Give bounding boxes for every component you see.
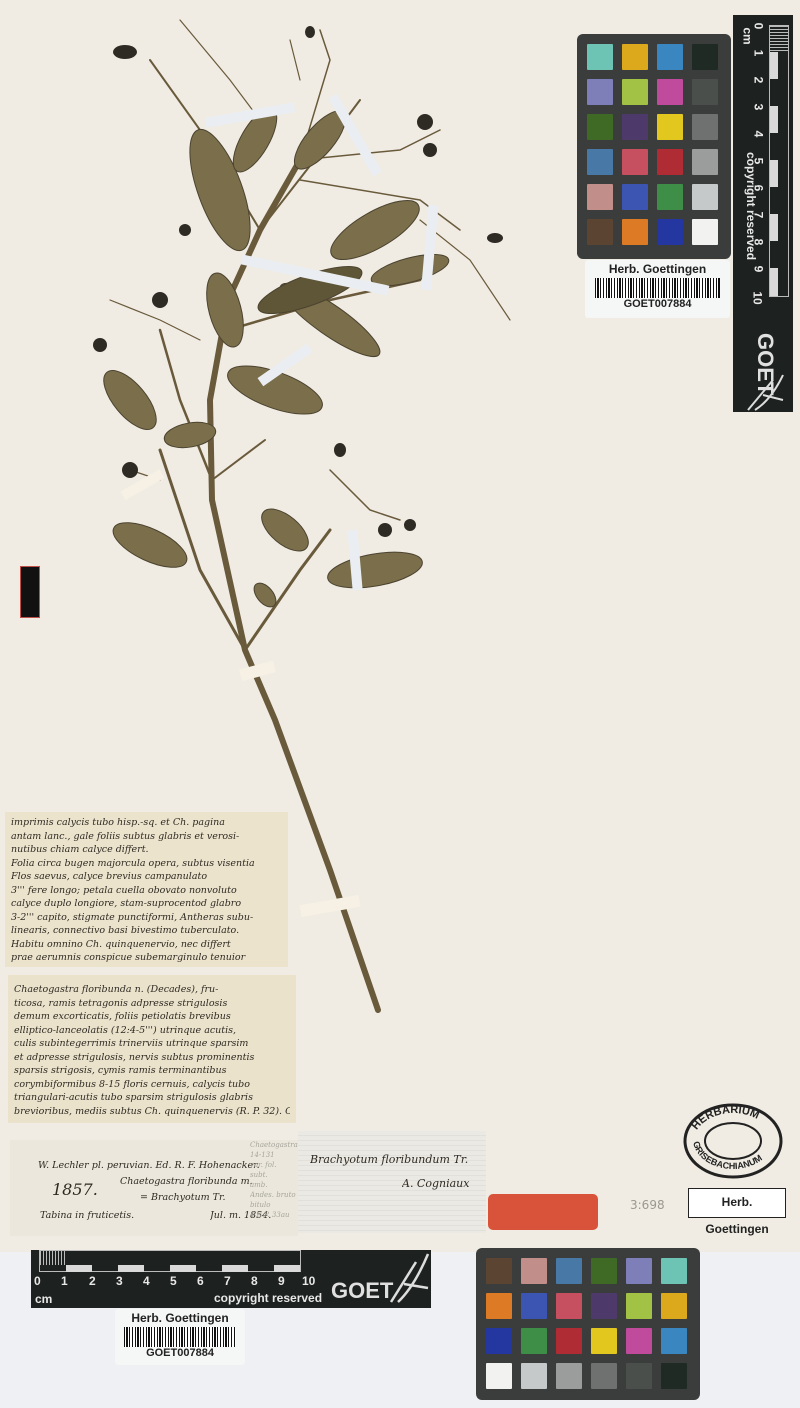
institution-label: Herb. Goettingen xyxy=(688,1188,786,1218)
color-patch xyxy=(657,219,683,245)
color-patch xyxy=(591,1363,617,1389)
vertical-scale-ruler: cm 0 1 2 3 4 5 6 7 8 9 10 copyright rese… xyxy=(733,15,793,412)
horizontal-scale-ruler: 0 1 2 3 4 5 6 7 8 9 10 cm copyright rese… xyxy=(31,1250,431,1308)
pencil-note: 4 R.P. 33au xyxy=(250,1210,298,1220)
description-label-2: Chaetogastra floribunda n. (Decades), fr… xyxy=(8,975,296,1123)
color-patch xyxy=(521,1293,547,1319)
label-line: Folia circa bugen majorcula opera, subtu… xyxy=(11,857,282,871)
label-line: et adpresse strigulosis, nervis subtus p… xyxy=(14,1051,290,1065)
stamp-oval-icon: HERBARIUM GRISEBACHIANUM xyxy=(683,1103,783,1179)
label-line: Habitu omnino Ch. quinquenervio, nec dif… xyxy=(11,938,282,952)
label-line: sparsis strigosis, cymis ramis terminant… xyxy=(14,1064,290,1078)
barcode-bars xyxy=(595,278,720,298)
ruler-number: 1 xyxy=(751,50,765,57)
color-patch xyxy=(657,184,683,210)
color-checker-bottom xyxy=(476,1248,700,1400)
label-line: 3-2''' capito, stigmate punctiformi, Ant… xyxy=(11,911,282,925)
label-line: triangulari-acutis tubo sparsim strigulo… xyxy=(14,1091,290,1105)
color-patch xyxy=(486,1258,512,1284)
svg-text:GRISEBACHIANUM: GRISEBACHIANUM xyxy=(691,1140,764,1171)
label-line: demum excorticatis, foliis petiolatis br… xyxy=(14,1010,290,1024)
color-patch xyxy=(692,149,718,175)
label-line: Chaetogastra floribunda n. (Decades), fr… xyxy=(14,983,290,997)
barcode-label-bottom: Herb. Goettingen GOET007884 xyxy=(115,1309,245,1365)
ruler-number: 8 xyxy=(251,1274,258,1288)
pencil-note: 14-131 xyxy=(250,1150,298,1160)
color-patch xyxy=(587,79,613,105)
label-line: ticosa, ramis tetragonis adpresse strigu… xyxy=(14,997,290,1011)
color-patch xyxy=(626,1328,652,1354)
barcode-code: GOET007884 xyxy=(115,1347,245,1359)
ruler-number: 3 xyxy=(116,1274,123,1288)
barcode-label-top: Herb. Goettingen GOET007884 xyxy=(585,260,730,318)
color-patch xyxy=(587,149,613,175)
pencil-note: Chaetogastra xyxy=(250,1140,298,1150)
color-patch xyxy=(622,114,648,140)
herbarium-sheet: Herb. Goettingen GOET007884 cm 0 1 2 3 4… xyxy=(0,0,800,1252)
ruler-ticks xyxy=(769,25,789,297)
color-patch xyxy=(692,219,718,245)
color-patch xyxy=(692,184,718,210)
color-patch xyxy=(626,1258,652,1284)
determiner: A. Cogniaux xyxy=(402,1177,469,1190)
ruler-number: 3 xyxy=(751,104,765,111)
copyright-text: copyright reserved xyxy=(744,152,758,292)
color-patch xyxy=(521,1363,547,1389)
barcode-title: Herb. Goettingen xyxy=(585,260,730,276)
color-patch xyxy=(622,184,648,210)
color-patch xyxy=(692,114,718,140)
pencil-note: bitulo xyxy=(250,1200,298,1210)
color-patch xyxy=(622,219,648,245)
determined-name: Brachyotum floribundum Tr. xyxy=(310,1153,468,1166)
collection-number: 1857. xyxy=(52,1180,98,1199)
color-patch xyxy=(692,44,718,70)
accession-number: 3:698 xyxy=(630,1198,665,1212)
color-patch xyxy=(591,1328,617,1354)
color-patch xyxy=(657,79,683,105)
determination-label: Brachyotum floribundum Tr. A. Cogniaux xyxy=(298,1131,486,1233)
label-line: calyce duplo longiore, stam-suprocentod … xyxy=(11,897,282,911)
ruler-number: 5 xyxy=(170,1274,177,1288)
ruler-number: 10 xyxy=(751,291,765,304)
color-patch xyxy=(657,114,683,140)
goet-logo-icon xyxy=(386,1252,431,1306)
color-patch xyxy=(521,1328,547,1354)
barcode-bars xyxy=(124,1327,236,1347)
color-patch xyxy=(591,1293,617,1319)
color-patch xyxy=(587,184,613,210)
barcode-code: GOET007884 xyxy=(585,298,730,310)
color-patch xyxy=(521,1258,547,1284)
color-patch xyxy=(692,79,718,105)
label-line: Flos saevus, calyce brevius campanulato xyxy=(11,870,282,884)
ruler-number: 2 xyxy=(89,1274,96,1288)
ruler-unit: cm xyxy=(741,27,755,44)
label-line: linearis, connectivo basi bivestimo tube… xyxy=(11,924,282,938)
ruler-number: 9 xyxy=(278,1274,285,1288)
ruler-number: 10 xyxy=(302,1274,315,1288)
color-patch xyxy=(626,1293,652,1319)
ruler-number: 7 xyxy=(224,1274,231,1288)
color-patch xyxy=(486,1328,512,1354)
color-patch xyxy=(657,44,683,70)
label-line: corymbiformibus 8-15 floris cernuis, cal… xyxy=(14,1078,290,1092)
color-patch xyxy=(661,1363,687,1389)
ruler-number: 1 xyxy=(61,1274,68,1288)
color-patch xyxy=(587,114,613,140)
collection-label: W. Lechler pl. peruvian. Ed. R. F. Hohen… xyxy=(10,1140,298,1236)
label-line: imprimis calycis tubo hisp.-sq. et Ch. p… xyxy=(11,816,282,830)
color-patch xyxy=(622,79,648,105)
pencil-note: var. fol. xyxy=(250,1160,298,1170)
color-patch xyxy=(556,1363,582,1389)
label-line: prae aerumnis conspicue subemarginulo te… xyxy=(11,951,282,965)
taxon-synonym: = Brachyotum Tr. xyxy=(140,1192,226,1203)
ruler-number: 0 xyxy=(751,23,765,30)
color-patch xyxy=(591,1258,617,1284)
color-patch xyxy=(657,149,683,175)
ruler-number: 4 xyxy=(751,131,765,138)
color-patch xyxy=(556,1293,582,1319)
goet-logo: GOET xyxy=(331,1278,393,1304)
red-tag xyxy=(488,1194,598,1230)
label-line: elliptico-lanceolatis (12:4-5''') utrinq… xyxy=(14,1024,290,1038)
color-patch xyxy=(587,219,613,245)
color-patch xyxy=(622,149,648,175)
ruler-unit: cm xyxy=(35,1292,52,1306)
description-label-1: imprimis calycis tubo hisp.-sq. et Ch. p… xyxy=(5,812,288,967)
barcode-title: Herb. Goettingen xyxy=(115,1309,245,1325)
small-scale-tag xyxy=(20,566,40,618)
label-line: nutibus chiam calyce differt. xyxy=(11,843,282,857)
color-patch xyxy=(556,1258,582,1284)
color-patch xyxy=(486,1293,512,1319)
label-line: 3''' fere longo; petala cuella obovato n… xyxy=(11,884,282,898)
color-patch xyxy=(587,44,613,70)
color-patch xyxy=(661,1293,687,1319)
collector-line: W. Lechler pl. peruvian. Ed. R. F. Hohen… xyxy=(38,1160,260,1171)
pencil-note: subt. xyxy=(250,1170,298,1180)
label-line: antam lanc., gale foliis subtus glabris … xyxy=(11,830,282,844)
label-line: brevioribus, mediis subtus Ch. quinquene… xyxy=(14,1105,290,1119)
color-patch xyxy=(486,1363,512,1389)
copyright-text: copyright reserved xyxy=(214,1291,322,1305)
color-patch xyxy=(556,1328,582,1354)
color-checker-top xyxy=(577,34,731,259)
pencil-note: amb. xyxy=(250,1180,298,1190)
pencil-note: Andes. bruto xyxy=(250,1190,298,1200)
ruler-ticks xyxy=(39,1250,301,1272)
color-patch xyxy=(622,44,648,70)
ruler-number: 2 xyxy=(751,77,765,84)
pencil-notes: Chaetogastra 14-131 var. fol. subt. amb.… xyxy=(250,1140,298,1220)
label-line: culis subintegerrimis trinerviis utrinqu… xyxy=(14,1037,290,1051)
color-patch xyxy=(626,1363,652,1389)
ruler-number: 0 xyxy=(34,1274,41,1288)
ruler-number: 6 xyxy=(197,1274,204,1288)
taxon-name: Chaetogastra floribunda m. xyxy=(120,1176,253,1187)
ruler-number: 4 xyxy=(143,1274,150,1288)
locality: Tabina in fruticetis. xyxy=(40,1210,134,1221)
color-patch xyxy=(661,1258,687,1284)
color-patch xyxy=(661,1328,687,1354)
herbarium-stamp: HERBARIUM GRISEBACHIANUM xyxy=(683,1103,783,1179)
goet-logo-icon xyxy=(743,370,788,415)
